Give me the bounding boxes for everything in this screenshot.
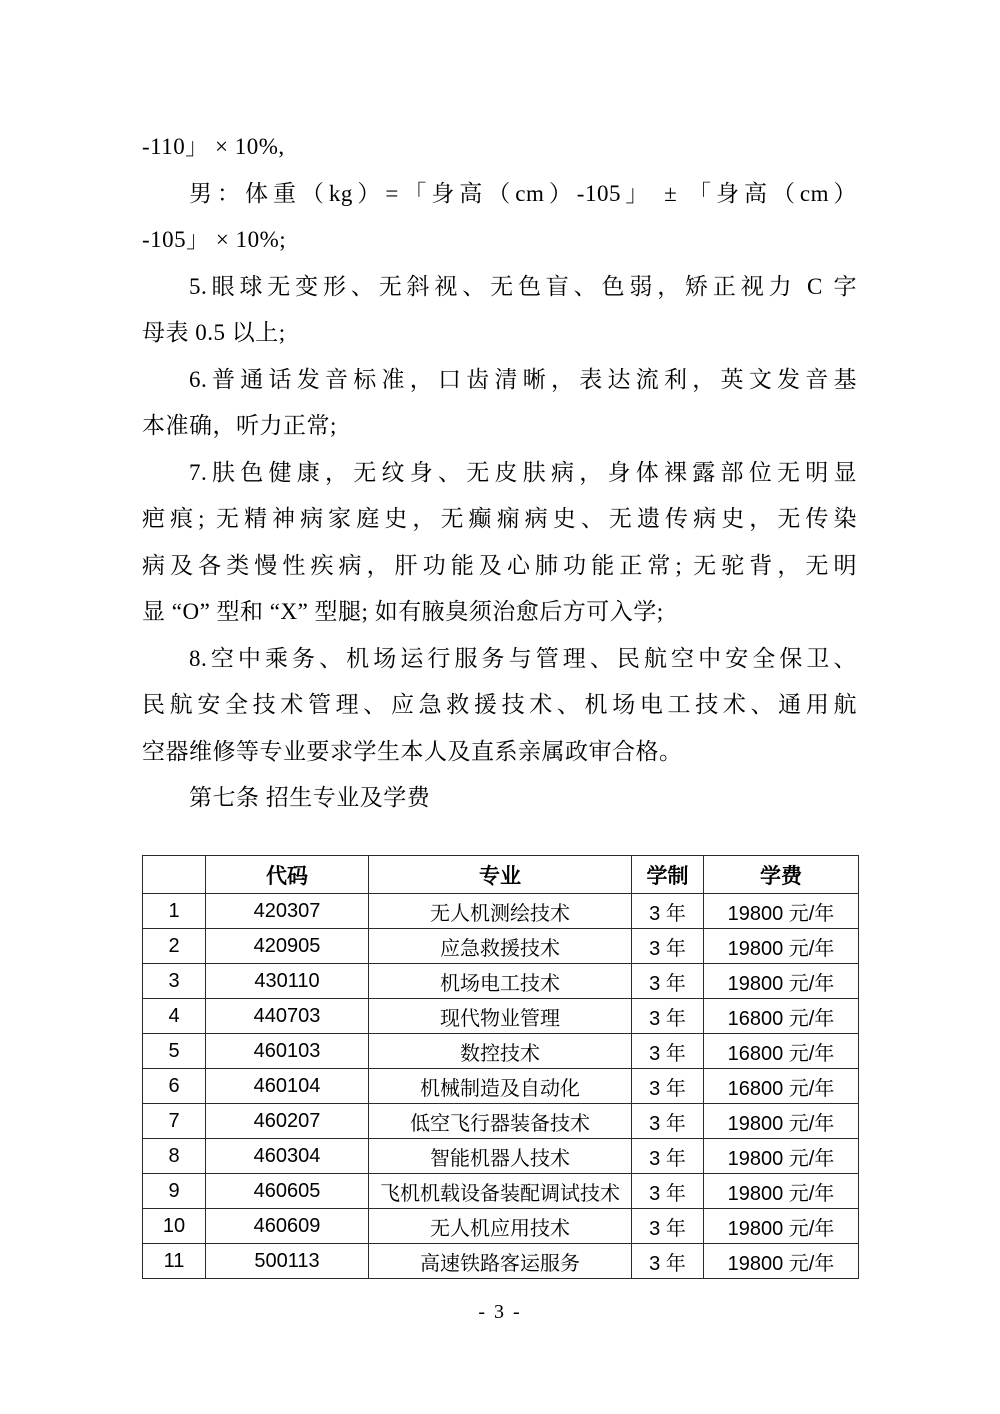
table-row: 7460207低空飞行器装备技术3 年19800 元/年 — [143, 1104, 859, 1139]
header-duration-cell: 学制 — [632, 856, 704, 894]
header-fee-cell: 学费 — [704, 856, 859, 894]
text-line: 民航安全技术管理、应急救援技术、机场电工技术、通用航 — [142, 682, 857, 729]
duration-cell: 3 年 — [632, 1034, 704, 1069]
table-row: 2420905应急救援技术3 年19800 元/年 — [143, 929, 859, 964]
document-body: -110」 × 10%,男：体重（kg）=「身高（cm）-105」 ± 「身高（… — [142, 124, 857, 822]
text-line: 空器维修等专业要求学生本人及直系亲属政审合格。 — [142, 729, 857, 776]
code-cell: 460609 — [206, 1209, 369, 1244]
text-line: -105」 × 10%; — [142, 217, 857, 264]
major-cell: 低空飞行器装备技术 — [369, 1104, 632, 1139]
document-page: -110」 × 10%,男：体重（kg）=「身高（cm）-105」 ± 「身高（… — [0, 0, 1000, 1414]
row-index-cell: 8 — [143, 1139, 206, 1174]
major-cell: 机场电工技术 — [369, 964, 632, 999]
row-index-cell: 1 — [143, 894, 206, 929]
header-major-cell: 专业 — [369, 856, 632, 894]
major-cell: 现代物业管理 — [369, 999, 632, 1034]
table-row: 10460609无人机应用技术3 年19800 元/年 — [143, 1209, 859, 1244]
row-index-cell: 7 — [143, 1104, 206, 1139]
text-line: 7.肤色健康，无纹身、无皮肤病，身体裸露部位无明显 — [142, 450, 857, 497]
table-row: 9460605飞机机载设备装配调试技术3 年19800 元/年 — [143, 1174, 859, 1209]
tuition-table-body: 1420307无人机测绘技术3 年19800 元/年2420905应急救援技术3… — [143, 894, 859, 1279]
fee-cell: 19800 元/年 — [704, 1139, 859, 1174]
row-index-cell: 9 — [143, 1174, 206, 1209]
fee-cell: 19800 元/年 — [704, 894, 859, 929]
code-cell: 430110 — [206, 964, 369, 999]
duration-cell: 3 年 — [632, 1209, 704, 1244]
major-cell: 机械制造及自动化 — [369, 1069, 632, 1104]
duration-cell: 3 年 — [632, 964, 704, 999]
major-cell: 数控技术 — [369, 1034, 632, 1069]
text-line: 6.普通话发音标准，口齿清晰，表达流利，英文发音基 — [142, 357, 857, 404]
row-index-cell: 10 — [143, 1209, 206, 1244]
text-line: 8.空中乘务、机场运行服务与管理、民航空中安全保卫、 — [142, 636, 857, 683]
row-index-cell: 11 — [143, 1244, 206, 1279]
code-cell: 420307 — [206, 894, 369, 929]
code-cell: 500113 — [206, 1244, 369, 1279]
fee-cell: 16800 元/年 — [704, 1034, 859, 1069]
text-line: 母表 0.5 以上; — [142, 310, 857, 357]
code-cell: 460104 — [206, 1069, 369, 1104]
text-line: 第七条 招生专业及学费 — [142, 775, 857, 822]
table-row: 6460104机械制造及自动化3 年16800 元/年 — [143, 1069, 859, 1104]
row-index-cell: 6 — [143, 1069, 206, 1104]
table-row: 1420307无人机测绘技术3 年19800 元/年 — [143, 894, 859, 929]
duration-cell: 3 年 — [632, 1174, 704, 1209]
code-cell: 460207 — [206, 1104, 369, 1139]
header-index-cell — [143, 856, 206, 894]
major-cell: 智能机器人技术 — [369, 1139, 632, 1174]
fee-cell: 16800 元/年 — [704, 999, 859, 1034]
text-line: 显 “O” 型和 “X” 型腿; 如有腋臭须治愈后方可入学; — [142, 589, 857, 636]
code-cell: 440703 — [206, 999, 369, 1034]
row-index-cell: 2 — [143, 929, 206, 964]
table-row: 8460304智能机器人技术3 年19800 元/年 — [143, 1139, 859, 1174]
major-cell: 飞机机载设备装配调试技术 — [369, 1174, 632, 1209]
fee-cell: 19800 元/年 — [704, 1174, 859, 1209]
code-cell: 460304 — [206, 1139, 369, 1174]
fee-cell: 19800 元/年 — [704, 1244, 859, 1279]
duration-cell: 3 年 — [632, 1139, 704, 1174]
major-cell: 应急救援技术 — [369, 929, 632, 964]
duration-cell: 3 年 — [632, 929, 704, 964]
code-cell: 460605 — [206, 1174, 369, 1209]
page-number: - 3 - — [0, 1301, 1000, 1324]
code-cell: 460103 — [206, 1034, 369, 1069]
text-line: 病及各类慢性疾病，肝功能及心肺功能正常; 无驼背，无明 — [142, 543, 857, 590]
fee-cell: 19800 元/年 — [704, 929, 859, 964]
duration-cell: 3 年 — [632, 1244, 704, 1279]
table-row: 5460103数控技术3 年16800 元/年 — [143, 1034, 859, 1069]
table-header-row: 代码 专业 学制 学费 — [143, 856, 859, 894]
major-cell: 无人机应用技术 — [369, 1209, 632, 1244]
header-code-cell: 代码 — [206, 856, 369, 894]
code-cell: 420905 — [206, 929, 369, 964]
fee-cell: 19800 元/年 — [704, 1209, 859, 1244]
duration-cell: 3 年 — [632, 999, 704, 1034]
tuition-table: 代码 专业 学制 学费 1420307无人机测绘技术3 年19800 元/年24… — [142, 855, 859, 1279]
text-line: 本准确，听力正常; — [142, 403, 857, 450]
text-line: 疤痕; 无精神病家庭史，无癫痫病史、无遗传病史，无传染 — [142, 496, 857, 543]
major-cell: 高速铁路客运服务 — [369, 1244, 632, 1279]
text-line: -110」 × 10%, — [142, 124, 857, 171]
duration-cell: 3 年 — [632, 1104, 704, 1139]
row-index-cell: 3 — [143, 964, 206, 999]
table-row: 11500113高速铁路客运服务3 年19800 元/年 — [143, 1244, 859, 1279]
row-index-cell: 4 — [143, 999, 206, 1034]
row-index-cell: 5 — [143, 1034, 206, 1069]
fee-cell: 16800 元/年 — [704, 1069, 859, 1104]
text-line: 男：体重（kg）=「身高（cm）-105」 ± 「身高（cm） — [142, 171, 857, 218]
fee-cell: 19800 元/年 — [704, 964, 859, 999]
table-row: 3430110机场电工技术3 年19800 元/年 — [143, 964, 859, 999]
duration-cell: 3 年 — [632, 1069, 704, 1104]
duration-cell: 3 年 — [632, 894, 704, 929]
table-row: 4440703现代物业管理3 年16800 元/年 — [143, 999, 859, 1034]
major-cell: 无人机测绘技术 — [369, 894, 632, 929]
text-line: 5.眼球无变形、无斜视、无色盲、色弱，矫正视力 C 字 — [142, 264, 857, 311]
fee-cell: 19800 元/年 — [704, 1104, 859, 1139]
